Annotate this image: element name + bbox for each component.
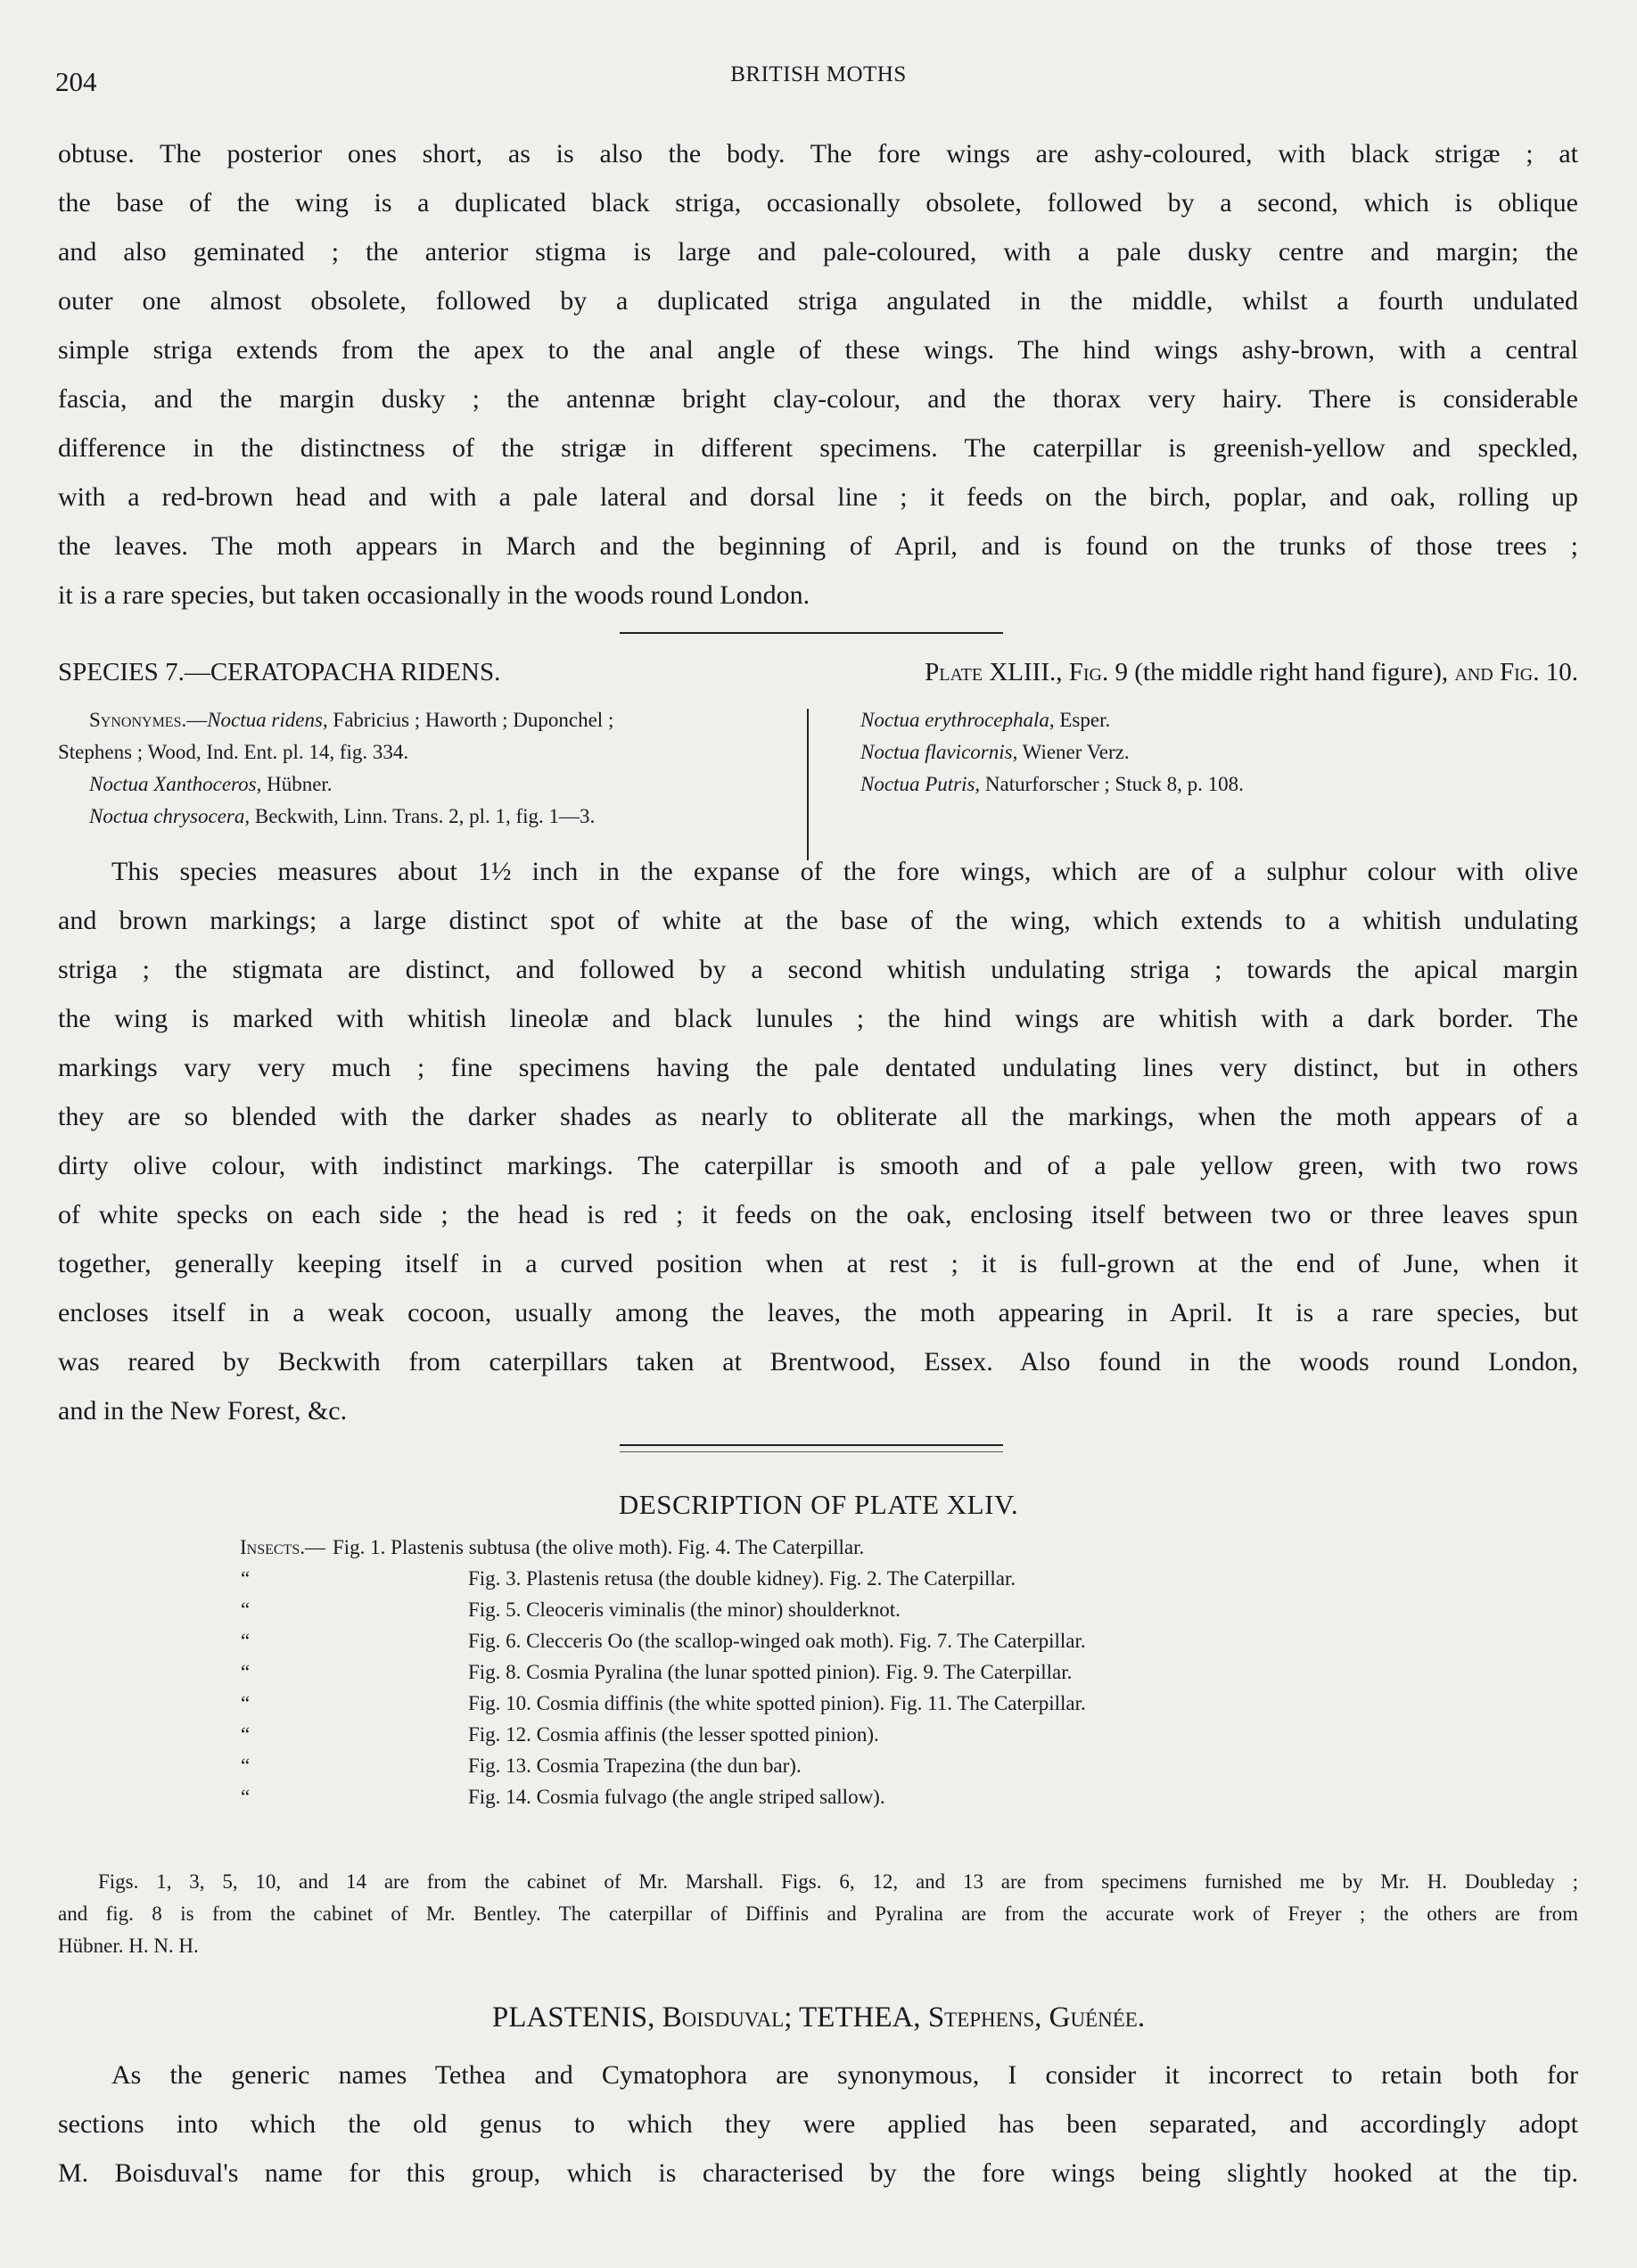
running-title: BRITISH MOTHS	[53, 62, 1584, 87]
text-line: dirty olive colour, with indistinct mark…	[58, 1141, 1578, 1190]
plate-figure-row: “Fig. 14. Cosmia fulvago (the angle stri…	[98, 1781, 1086, 1812]
synonym-line: Noctua Putris, Naturforscher ; Stuck 8, …	[860, 768, 1538, 801]
text-line: it is a rare species, but taken occasion…	[58, 571, 1578, 620]
plate-figure-list: Insects.—Fig. 1. Plastenis subtusa (the …	[98, 1532, 1086, 1812]
running-head: 204 BRITISH MOTHS	[53, 62, 1584, 98]
text-line: fascia, and the margin dusky ; the anten…	[58, 374, 1578, 423]
text-line: encloses itself in a weak cocoon, usuall…	[58, 1288, 1578, 1337]
synonyms-column-divider	[807, 709, 809, 860]
synonym-line: Synonymes.—Noctua ridens, Fabricius ; Ha…	[58, 704, 798, 736]
text-line: As the generic names Tethea and Cymatoph…	[58, 2050, 1578, 2100]
text-line: of white specks on each side ; the head …	[58, 1190, 1578, 1239]
synonym-line: Stephens ; Wood, Ind. Ent. pl. 14, fig. …	[58, 736, 798, 768]
synonyms-left: Synonymes.—Noctua ridens, Fabricius ; Ha…	[58, 704, 798, 833]
section-divider	[620, 1444, 1003, 1452]
text-line: with a red-brown head and with a pale la…	[58, 472, 1578, 522]
text-line: sections into which the old genus to whi…	[58, 2100, 1578, 2149]
synonym-line: Noctua flavicornis, Wiener Verz.	[860, 736, 1538, 768]
text-line: Hübner. H. N. H.	[58, 1930, 1578, 1962]
synonym-line: Noctua chrysocera, Beckwith, Linn. Trans…	[58, 801, 798, 833]
genus-paragraph: As the generic names Tethea and Cymatoph…	[58, 2050, 1578, 2198]
species-heading: SPECIES 7.—CERATOPACHA RIDENS. Plate XLI…	[58, 658, 1578, 687]
synonym-line: Noctua Xanthoceros, Hübner.	[58, 768, 798, 801]
text-line: difference in the distinctness of the st…	[58, 423, 1578, 472]
synonyms-right: Noctua erythrocephala, Esper. Noctua fla…	[860, 704, 1538, 801]
text-line: the leaves. The moth appears in March an…	[58, 522, 1578, 571]
text-line: was reared by Beckwith from caterpillars…	[58, 1337, 1578, 1386]
text-line: This species measures about 1½ inch in t…	[58, 847, 1578, 896]
book-page: 204 BRITISH MOTHS obtuse. The posterior …	[0, 0, 1637, 2268]
text-line: they are so blended with the darker shad…	[58, 1092, 1578, 1141]
plate-sources-note: Figs. 1, 3, 5, 10, and 14 are from the c…	[58, 1866, 1578, 1962]
plate-description-title: DESCRIPTION OF PLATE XLIV.	[0, 1489, 1637, 1521]
plate-figure-row: “Fig. 5. Cleoceris viminalis (the minor)…	[98, 1594, 1086, 1625]
plate-reference: Plate XLIII., Fig. 9 (the middle right h…	[925, 658, 1578, 687]
text-line: obtuse. The posterior ones short, as is …	[58, 129, 1578, 178]
text-line: and brown markings; a large distinct spo…	[58, 896, 1578, 945]
text-line: markings vary very much ; fine specimens…	[58, 1043, 1578, 1092]
text-line: the wing is marked with whitish lineolæ …	[58, 994, 1578, 1043]
text-line: and in the New Forest, &c.	[58, 1386, 1578, 1435]
synonym-line: Noctua erythrocephala, Esper.	[860, 704, 1538, 736]
text-line: the base of the wing is a duplicated bla…	[58, 178, 1578, 227]
text-line: Figs. 1, 3, 5, 10, and 14 are from the c…	[58, 1866, 1578, 1898]
plate-figure-row: “Fig. 10. Cosmia diffinis (the white spo…	[98, 1688, 1086, 1719]
plate-figure-row: “Fig. 6. Clecceris Oo (the scallop-winge…	[98, 1625, 1086, 1656]
plate-figure-row: “Fig. 8. Cosmia Pyralina (the lunar spot…	[98, 1656, 1086, 1688]
section-divider	[620, 632, 1003, 634]
text-line: and also geminated ; the anterior stigma…	[58, 227, 1578, 276]
text-line: together, generally keeping itself in a …	[58, 1239, 1578, 1288]
plate-figure-row: Insects.—Fig. 1. Plastenis subtusa (the …	[98, 1532, 1086, 1563]
text-line: simple striga extends from the apex to t…	[58, 325, 1578, 374]
text-line: outer one almost obsolete, followed by a…	[58, 276, 1578, 325]
genus-heading: PLASTENIS, Boisduval; TETHEA, Stephens, …	[0, 2001, 1637, 2034]
plate-figure-row: “Fig. 12. Cosmia affinis (the lesser spo…	[98, 1719, 1086, 1750]
intro-paragraph: obtuse. The posterior ones short, as is …	[58, 129, 1578, 620]
text-line: and fig. 8 is from the cabinet of Mr. Be…	[58, 1898, 1578, 1930]
species-title: SPECIES 7.—CERATOPACHA RIDENS.	[58, 658, 500, 687]
text-line: M. Boisduval's name for this group, whic…	[58, 2149, 1578, 2198]
species7-description: This species measures about 1½ inch in t…	[58, 847, 1578, 1435]
plate-figure-row: “Fig. 3. Plastenis retusa (the double ki…	[98, 1563, 1086, 1594]
plate-figure-row: “Fig. 13. Cosmia Trapezina (the dun bar)…	[98, 1750, 1086, 1781]
text-line: striga ; the stigmata are distinct, and …	[58, 945, 1578, 994]
